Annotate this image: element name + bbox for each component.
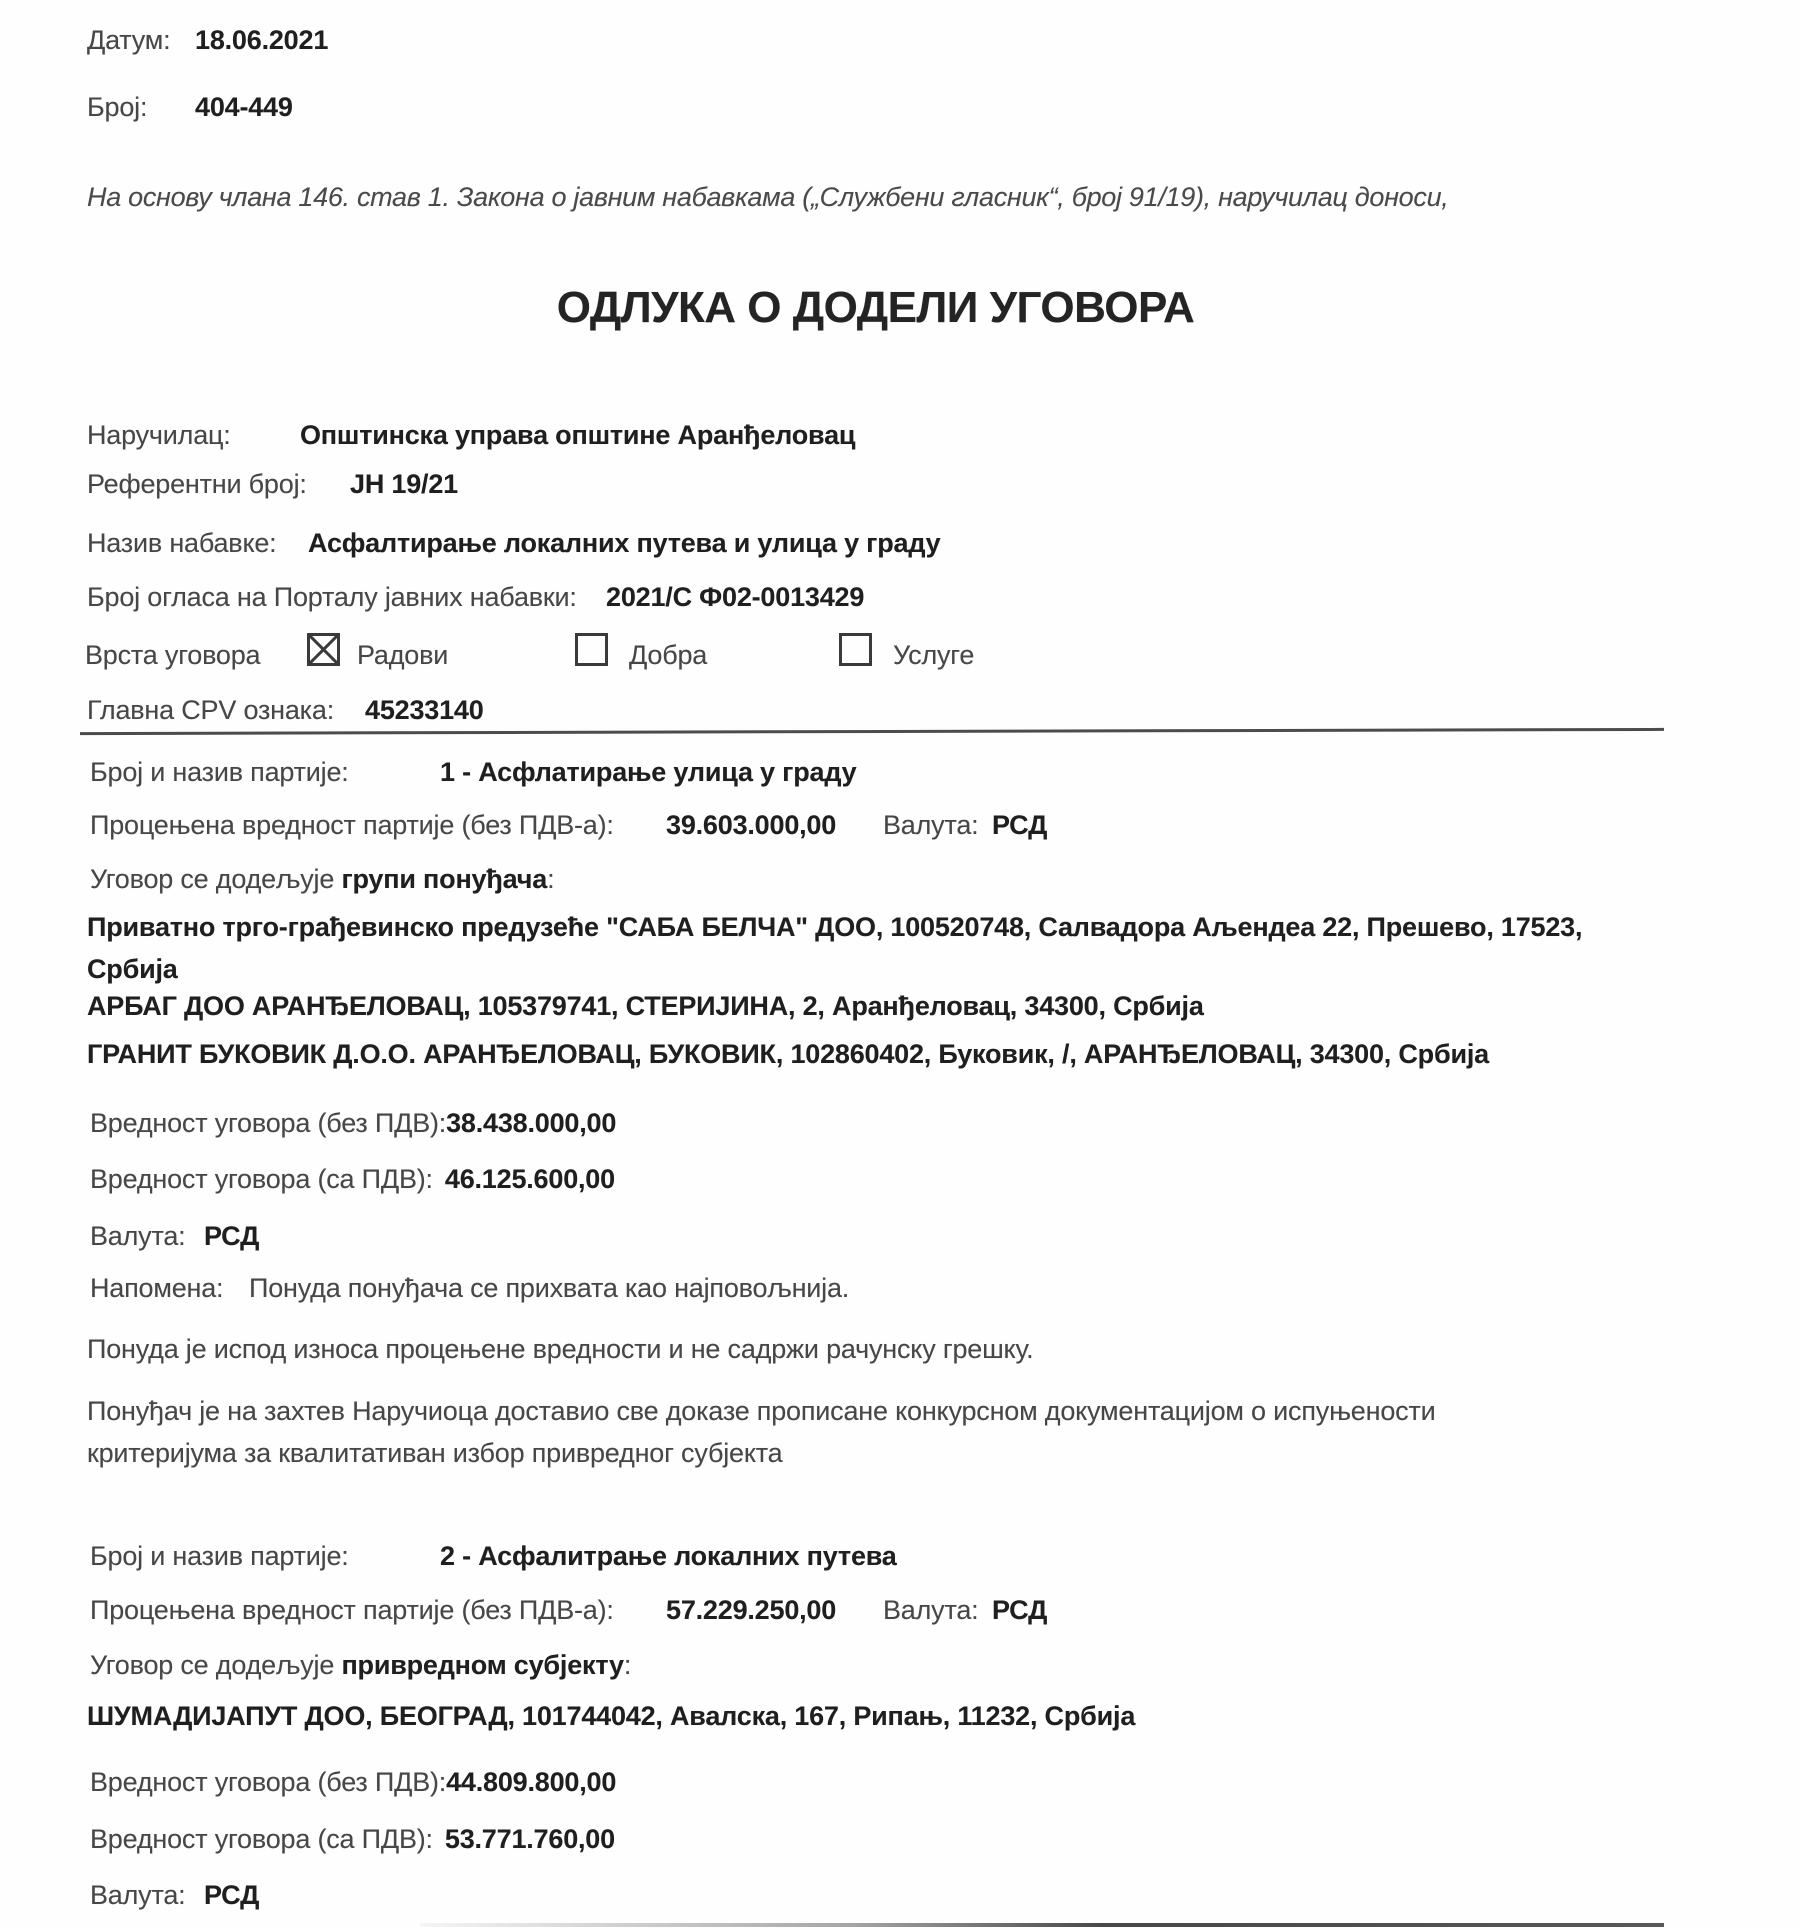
lot1-contractor-1: Приватно трго-грађевинско предузеће "САБ… — [87, 906, 1632, 990]
lot1-note-value: Понуда понуђача се прихвата као најповољ… — [249, 1273, 849, 1304]
section-divider — [80, 728, 1664, 735]
procurement-name-value: Асфалтирање локалних путева и улица у гр… — [308, 528, 940, 559]
lot2-value-incl-value: 53.771.760,00 — [445, 1824, 615, 1854]
lot2-currency2-label: Валута: — [90, 1880, 185, 1911]
legal-basis-text: На основу члана 146. став 1. Закона о ја… — [87, 182, 1448, 213]
cpv-value: 45233140 — [365, 695, 484, 726]
portal-number-label: Број огласа на Порталу јавних набавки: — [87, 582, 577, 613]
lot2-award-entity: привредном субјекту — [341, 1650, 623, 1680]
lot1-currency2-value: РСД — [204, 1221, 259, 1252]
checkbox-dobra-label: Добра — [629, 640, 707, 671]
checkbox-dobra-icon — [575, 633, 608, 666]
date-value: 18.06.2021 — [195, 25, 328, 56]
lot2-value-incl-row: Вредност уговора (са ПДВ):53.771.760,00 — [90, 1824, 615, 1855]
lot2-number-value: 2 - Асфалитрање локалних путева — [440, 1541, 897, 1572]
lot1-number-value: 1 - Асфлатирање улица у граду — [440, 757, 856, 788]
checkbox-radovi-icon — [307, 633, 340, 666]
lot1-contractor-2: АРБАГ ДОО АРАНЂЕЛОВАЦ, 105379741, СТЕРИЈ… — [87, 985, 1632, 1027]
lot1-paragraph-2: Понуђач је на захтев Наручиоца доставио … — [87, 1390, 1567, 1474]
lot1-note-label: Напомена: — [90, 1273, 223, 1304]
checkbox-radovi-label: Радови — [357, 640, 448, 671]
lot2-value-excl-row: Вредност уговора (без ПДВ):44.809.800,00 — [90, 1767, 616, 1798]
lot2-contractor-1: ШУМАДИЈАПУТ ДОО, БЕОГРАД, 101744042, Ава… — [87, 1695, 1632, 1737]
lot1-currency-label: Валута: — [883, 810, 978, 841]
reference-value: ЈН 19/21 — [350, 469, 458, 500]
lot2-number-label: Број и назив партије: — [90, 1541, 349, 1572]
cpv-label: Главна CPV ознака: — [87, 695, 334, 726]
scanned-document-page: Датум: 18.06.2021 Број: 404-449 На основ… — [0, 0, 1800, 1929]
lot1-value-incl-label: Вредност уговора (са ПДВ): — [90, 1164, 433, 1194]
lot1-currency-value: РСД — [992, 810, 1047, 841]
procurement-name-label: Назив набавке: — [87, 528, 276, 559]
date-label: Датум: — [87, 25, 170, 56]
lot1-award-group: групи понуђача — [341, 864, 547, 894]
lot1-award-prefix: Уговор се додељује — [90, 864, 341, 894]
doc-number-value: 404-449 — [195, 92, 293, 123]
lot2-estimated-value: 57.229.250,00 — [666, 1595, 836, 1626]
lot2-award-prefix: Уговор се додељује — [90, 1650, 341, 1680]
lot1-value-excl-row: Вредност уговора (без ПДВ):38.438.000,00 — [90, 1108, 616, 1139]
lot2-value-excl-value: 44.809.800,00 — [446, 1767, 616, 1797]
client-value: Општинска управа општине Аранђеловац — [300, 420, 855, 451]
lot1-award-colon: : — [547, 864, 554, 894]
lot1-value-incl-value: 46.125.600,00 — [445, 1164, 615, 1194]
bottom-edge-line — [420, 1923, 1664, 1927]
lot1-paragraph-1: Понуда је испод износа процењене вреднос… — [87, 1334, 1033, 1365]
lot1-value-excl-label: Вредност уговора (без ПДВ): — [90, 1108, 446, 1138]
document-title: ОДЛУКА О ДОДЕЛИ УГОВОРА — [87, 283, 1664, 333]
lot1-contractor-3: ГРАНИТ БУКОВИК Д.О.О. АРАНЂЕЛОВАЦ, БУКОВ… — [87, 1033, 1632, 1075]
client-label: Наручилац: — [87, 420, 231, 451]
checkbox-usluge-label: Услуге — [893, 640, 974, 671]
lot2-estimated-label: Процењена вредност партије (без ПДВ-а): — [90, 1595, 614, 1626]
lot1-estimated-label: Процењена вредност партије (без ПДВ-а): — [90, 810, 614, 841]
reference-label: Референтни број: — [87, 469, 307, 500]
lot2-award-sentence: Уговор се додељује привредном субјекту: — [90, 1650, 631, 1681]
lot1-currency2-label: Валута: — [90, 1221, 185, 1252]
lot2-currency-label: Валута: — [883, 1595, 978, 1626]
lot1-number-label: Број и назив партије: — [90, 757, 349, 788]
lot2-value-incl-label: Вредност уговора (са ПДВ): — [90, 1824, 433, 1854]
lot1-award-sentence: Уговор се додељује групи понуђача: — [90, 864, 554, 895]
lot2-currency2-value: РСД — [204, 1880, 259, 1911]
lot1-value-excl-value: 38.438.000,00 — [446, 1108, 616, 1138]
portal-number-value: 2021/С Ф02-0013429 — [606, 582, 864, 613]
lot2-value-excl-label: Вредност уговора (без ПДВ): — [90, 1767, 446, 1797]
contract-type-label: Врста уговора — [85, 640, 260, 671]
lot1-value-incl-row: Вредност уговора (са ПДВ):46.125.600,00 — [90, 1164, 615, 1195]
lot2-award-colon: : — [624, 1650, 631, 1680]
lot1-estimated-value: 39.603.000,00 — [666, 810, 836, 841]
checkbox-usluge-icon — [839, 633, 872, 666]
lot2-currency-value: РСД — [992, 1595, 1047, 1626]
doc-number-label: Број: — [87, 92, 147, 123]
